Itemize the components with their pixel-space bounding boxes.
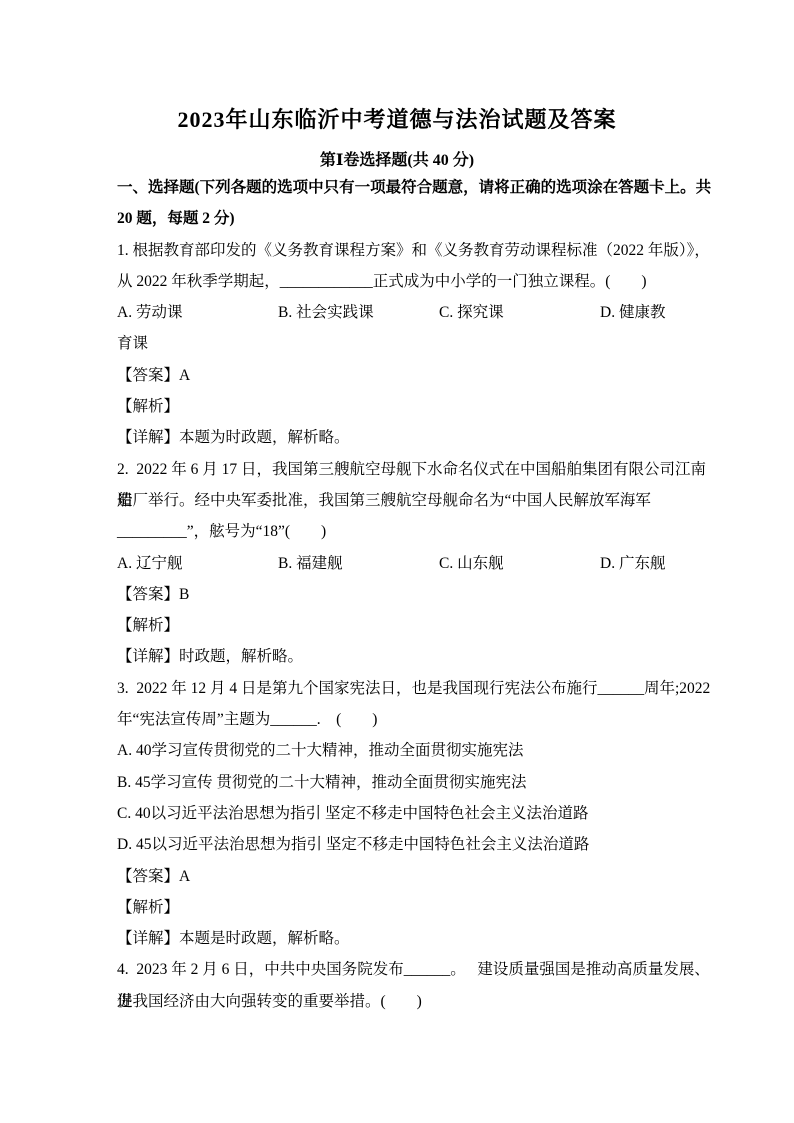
question-3-option-d: D. 45以习近平法治思想为指引 坚定不移走中国特色社会主义法治道路: [117, 829, 717, 860]
page-title: 2023年山东临沂中考道德与法治试题及答案: [0, 103, 794, 134]
question-3-option-b: B. 45学习宣传 贯彻党的二十大精神，推动全面贯彻实施宪法: [117, 767, 717, 798]
question-3-analysis-label: 【解析】: [117, 892, 717, 923]
question-1-option-d: D. 健康教: [600, 297, 717, 328]
question-2-stem-line-2: 船厂举行。经中央军委批准，我国第三艘航空母舰命名为“中国人民解放军海军: [117, 485, 717, 516]
question-2-option-d: D. 广东舰: [600, 548, 717, 579]
section-heading-line-2: 20 题，每题 2 分): [117, 203, 717, 234]
question-1-analysis-label: 【解析】: [117, 391, 717, 422]
question-2-stem-line-1: 2. 2022 年 6 月 17 日，我国第三艘航空母舰下水命名仪式在中国船舶集…: [117, 454, 717, 485]
question-2-detail: 【详解】时政题，解析略。: [117, 641, 717, 672]
question-2-analysis-label: 【解析】: [117, 610, 717, 641]
question-2-option-a: A. 辽宁舰: [117, 548, 278, 579]
question-1-option-d-wrap: 育课: [117, 328, 717, 359]
question-1-option-b: B. 社会实践课: [278, 297, 439, 328]
question-2-answer: 【答案】B: [117, 579, 717, 610]
section-subtitle: 第Ⅰ卷选择题(共 40 分): [0, 147, 794, 170]
question-1-option-c: C. 探究课: [439, 297, 600, 328]
question-1-options-row: A. 劳动课 B. 社会实践课 C. 探究课 D. 健康教: [117, 297, 717, 328]
question-4-stem-line-1: 4. 2023 年 2 月 6 日，中共中央国务院发布______。 建设质量强…: [117, 954, 717, 985]
question-4-stem-line-2: 进我国经济由大向强转变的重要举措。( ): [117, 986, 717, 1017]
question-2-option-c: C. 山东舰: [439, 548, 600, 579]
question-3-option-c: C. 40以习近平法治思想为指引 坚定不移走中国特色社会主义法治道路: [117, 798, 717, 829]
question-3-stem-line-2: 年“宪法宣传周”主题为______. ( ): [117, 704, 717, 735]
question-3-answer: 【答案】A: [117, 861, 717, 892]
question-2-stem-line-3: _________”，舷号为“18”( ): [117, 516, 717, 547]
question-1-stem-line-2: 从 2022 年秋季学期起，____________正式成为中小学的一门独立课程…: [117, 266, 717, 297]
question-2-option-b: B. 福建舰: [278, 548, 439, 579]
document-page: 2023年山东临沂中考道德与法治试题及答案 第Ⅰ卷选择题(共 40 分) 一、选…: [0, 0, 794, 1123]
question-2-options-row: A. 辽宁舰 B. 福建舰 C. 山东舰 D. 广东舰: [117, 548, 717, 579]
question-1-detail: 【详解】本题为时政题，解析略。: [117, 422, 717, 453]
question-3-detail: 【详解】本题是时政题，解析略。: [117, 923, 717, 954]
document-body: 一、选择题(下列各题的选项中只有一项最符合题意，请将正确的选项涂在答题卡上。共 …: [117, 172, 717, 1017]
question-1-option-a: A. 劳动课: [117, 297, 278, 328]
question-3-stem-line-1: 3. 2022 年 12 月 4 日是第九个国家宪法日，也是我国现行宪法公布施行…: [117, 673, 717, 704]
section-heading-line-1: 一、选择题(下列各题的选项中只有一项最符合题意，请将正确的选项涂在答题卡上。共: [117, 172, 717, 203]
question-1-stem-line-1: 1. 根据教育部印发的《义务教育课程方案》和《义务教育劳动课程标准（2022 年…: [117, 235, 717, 266]
question-3-option-a: A. 40学习宣传贯彻党的二十大精神，推动全面贯彻实施宪法: [117, 735, 717, 766]
question-1-answer: 【答案】A: [117, 360, 717, 391]
